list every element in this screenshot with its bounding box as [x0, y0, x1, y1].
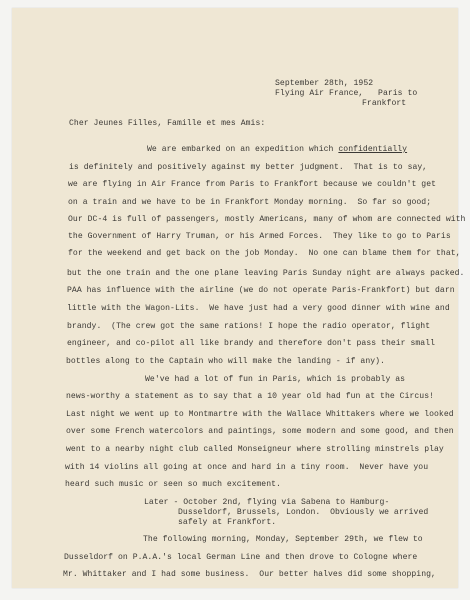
para2-line: Last night we went up to Montmartre with… [66, 410, 454, 420]
para2-line: went to a nearby night club called Monse… [66, 445, 444, 455]
para1-underlined-word: confidentially [338, 145, 407, 154]
letter-salutation: Cher Jeunes Filles, Famille et mes Amis: [69, 119, 265, 129]
para2-line: with 14 violins all going at once and ha… [65, 463, 428, 473]
para2-line: heard such music or seen so much excitem… [65, 480, 281, 490]
para1-line: PAA has influence with the airline (we d… [67, 286, 455, 296]
para2-line: news-worthy a statement as to say that a… [66, 392, 434, 402]
para3-first-line: The following morning, Monday, September… [143, 535, 423, 545]
para3-line: Dusseldorf on P.A.A.'s local German Line… [64, 553, 417, 563]
para1-line: we are flying in Air France from Paris t… [68, 180, 436, 190]
para1-line: brandy. (The crew got the same rations! … [67, 322, 430, 332]
para1-line: on a train and we have to be in Frankfor… [68, 198, 431, 208]
letter-location-line2: Frankfort [362, 99, 406, 109]
para1-line: for the weekend and get back on the job … [68, 249, 461, 259]
para1-line: little with the Wagon-Lits. We have just… [67, 304, 450, 314]
later-note-line1: Later - October 2nd, flying via Sabena t… [144, 498, 389, 508]
letter-location-line1: Flying Air France, Paris to [275, 89, 417, 99]
letter-date: September 28th, 1952 [275, 79, 373, 89]
para1-first-text: We are embarked on an expedition which [147, 145, 338, 154]
para3-line: Mr. Whittaker and I had some business. O… [63, 570, 436, 580]
para1-line: is definitely and positively against my … [69, 163, 427, 173]
para2-first-line: We've had a lot of fun in Paris, which i… [145, 375, 405, 385]
para1-line: the Government of Harry Truman, or his A… [68, 232, 451, 242]
para1-line: Our DC-4 is full of passengers, mostly A… [68, 215, 465, 225]
later-note-line3: safely at Frankfort. [178, 518, 276, 528]
para1-line: bottles along to the Captain who will ma… [66, 357, 385, 367]
para2-line: over some French watercolors and paintin… [66, 427, 454, 437]
later-note-line2: Dusseldorf, Brussels, London. Obviously … [178, 508, 428, 518]
para1-line: but the one train and the one plane leav… [67, 269, 464, 279]
para1-line: engineer, and co-pilot all like brandy a… [67, 339, 435, 349]
para1-first-line: We are embarked on an expedition which c… [147, 145, 407, 155]
